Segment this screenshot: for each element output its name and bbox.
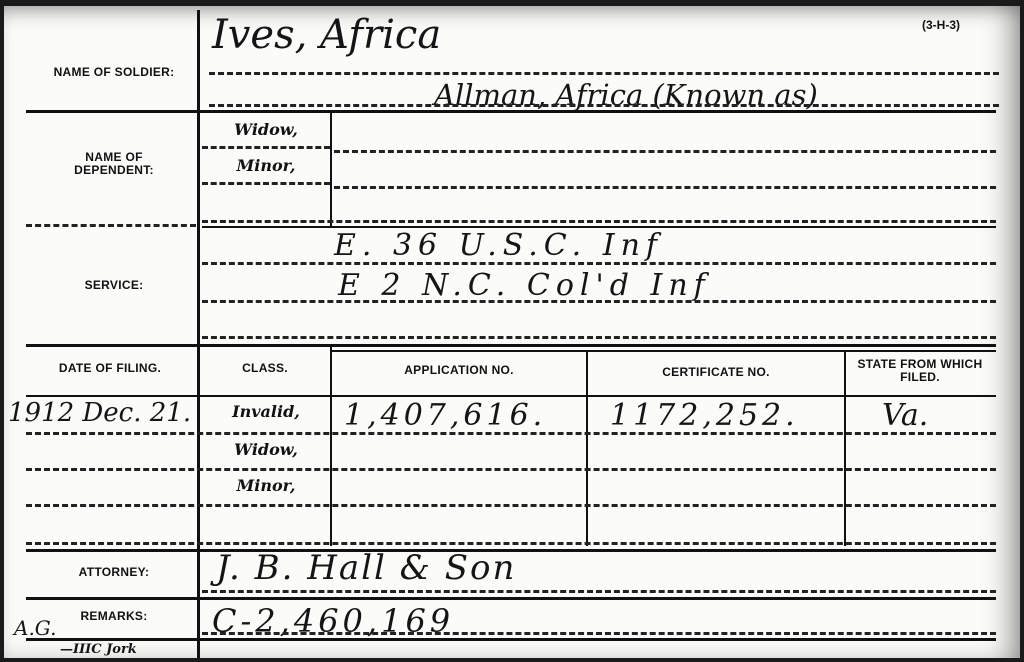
dependent-line-1 [334,150,996,153]
filing-class-minor: Minor, [204,476,328,495]
table-top-rule [330,350,996,352]
form-code: (3-H-3) [922,18,960,32]
col-divider-application [586,352,588,546]
divider-soldier [26,110,996,113]
label-remarks: REMARKS: [44,610,184,623]
label-attorney: ATTORNEY: [44,566,184,579]
divider-service [26,344,996,347]
line [202,182,330,185]
remarks-line [202,632,996,635]
soldier-name-line [209,72,999,75]
filing-class-widow: Widow, [204,440,328,459]
header-certificate-no: CERTIFICATE NO. [590,366,842,379]
line [202,146,330,149]
line [26,224,196,227]
filing-class-invalid: Invalid, [204,402,328,421]
header-state-from-which-filed: STATE FROM WHICH FILED. [850,358,990,384]
pension-index-card: (3-H-3) NAME OF SOLDIER: Ives, Africa Al… [4,6,1020,658]
divider-attorney [26,597,996,600]
table-rule-4 [26,542,996,545]
dependent-line-2 [334,186,996,189]
state-filed: Va. [882,398,928,433]
soldier-alias-line [209,104,999,107]
filing-date: 1912 Dec. 21. [8,398,191,428]
service-line-2: E 2 N.C. Col'd Inf [338,268,711,303]
label-service: SERVICE: [44,279,184,292]
table-rule-2 [26,468,996,471]
label-name-of-soldier: NAME OF SOLDIER: [44,66,184,79]
certificate-number: 1172,252. [610,398,799,433]
margin-initials: A.G. [14,616,56,640]
attorney-name: J. B. Hall & Son [216,548,516,588]
service-rule-3 [202,336,996,339]
divider-remarks [26,638,996,641]
header-date-of-filing: DATE OF FILING. [26,362,194,375]
service-line-1: E. 36 U.S.C. Inf [334,228,663,263]
dependent-line-3 [202,220,996,223]
attorney-line [202,590,996,593]
label-name-of-dependent: NAME OF DEPENDENT: [44,151,184,177]
header-class: CLASS. [202,362,328,375]
table-rule-1 [26,432,996,435]
service-rule-1 [202,262,996,265]
dependent-class-widow: Widow, [204,120,328,139]
table-rule-3 [26,504,996,507]
col-divider-certificate [844,352,846,546]
dependent-class-minor: Minor, [204,156,328,175]
left-column-divider [197,10,200,658]
soldier-name: Ives, Africa [212,12,441,58]
header-application-no: APPLICATION NO. [334,364,584,377]
application-number: 1,407,616. [344,398,546,433]
dependent-class-divider [330,111,332,226]
service-rule-2 [202,300,996,303]
margin-stamp: —IIIC Jork [60,642,137,657]
col-divider-class [330,346,332,546]
table-header-rule [26,395,996,397]
